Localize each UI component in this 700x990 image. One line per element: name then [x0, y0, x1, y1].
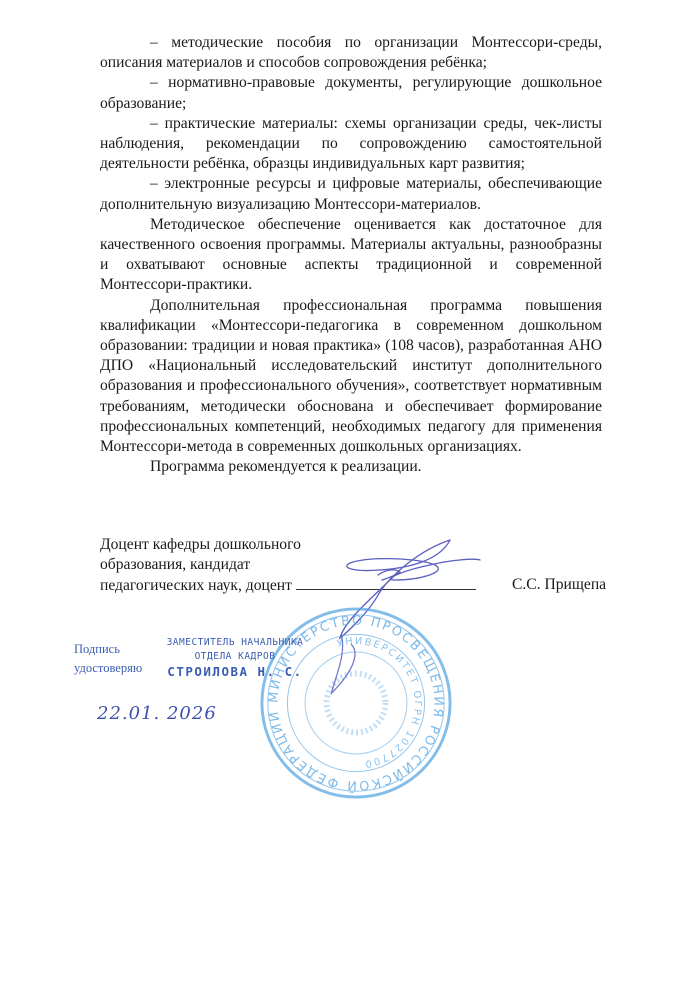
paragraph-methodical: Методическое обеспечение оценивается как…: [100, 215, 602, 296]
paragraph-conclusion: Дополнительная профессиональная программ…: [100, 296, 602, 458]
official-seal-icon: МИНИСТЕРСТВО ПРОСВЕЩЕНИЯ РОССИЙСКОЙ ФЕДЕ…: [258, 605, 454, 801]
list-item: – практические материалы: схемы организа…: [100, 114, 602, 175]
signatory-name: С.С. Прищепа: [512, 575, 606, 595]
certification-label: Подпись удостоверяю: [74, 640, 142, 678]
document-body: – методические пособия по организации Мо…: [100, 33, 602, 477]
hr-stamp-line: ЗАМЕСТИТЕЛЬ НАЧАЛЬНИКА: [160, 637, 310, 648]
certify-line: Подпись: [74, 640, 142, 659]
seal-inner-text: УНИВЕРСИТЕТ ОГРН 1027700: [336, 636, 423, 769]
hr-stamp-line: ОТДЕЛА КАДРОВ: [160, 651, 310, 662]
position-line: педагогических наук, доцент: [100, 577, 292, 594]
document-page: – методические пособия по организации Мо…: [0, 0, 700, 990]
hr-stamp-name: СТРОИЛОВА Н. С.: [160, 664, 310, 679]
list-item: – электронные ресурсы и цифровые материа…: [100, 174, 602, 214]
certification-date: 22.01. 2026: [97, 703, 217, 724]
list-item: – нормативно-правовые документы, регулир…: [100, 73, 602, 113]
svg-text:УНИВЕРСИТЕТ ОГРН 1027700: УНИВЕРСИТЕТ ОГРН 1027700: [336, 636, 423, 769]
hr-stamp: ЗАМЕСТИТЕЛЬ НАЧАЛЬНИКА ОТДЕЛА КАДРОВ СТР…: [160, 637, 310, 679]
certify-line: удостоверяю: [74, 659, 142, 678]
list-item: – методические пособия по организации Мо…: [100, 33, 602, 73]
paragraph-recommendation: Программа рекомендуется к реализации.: [100, 457, 602, 477]
